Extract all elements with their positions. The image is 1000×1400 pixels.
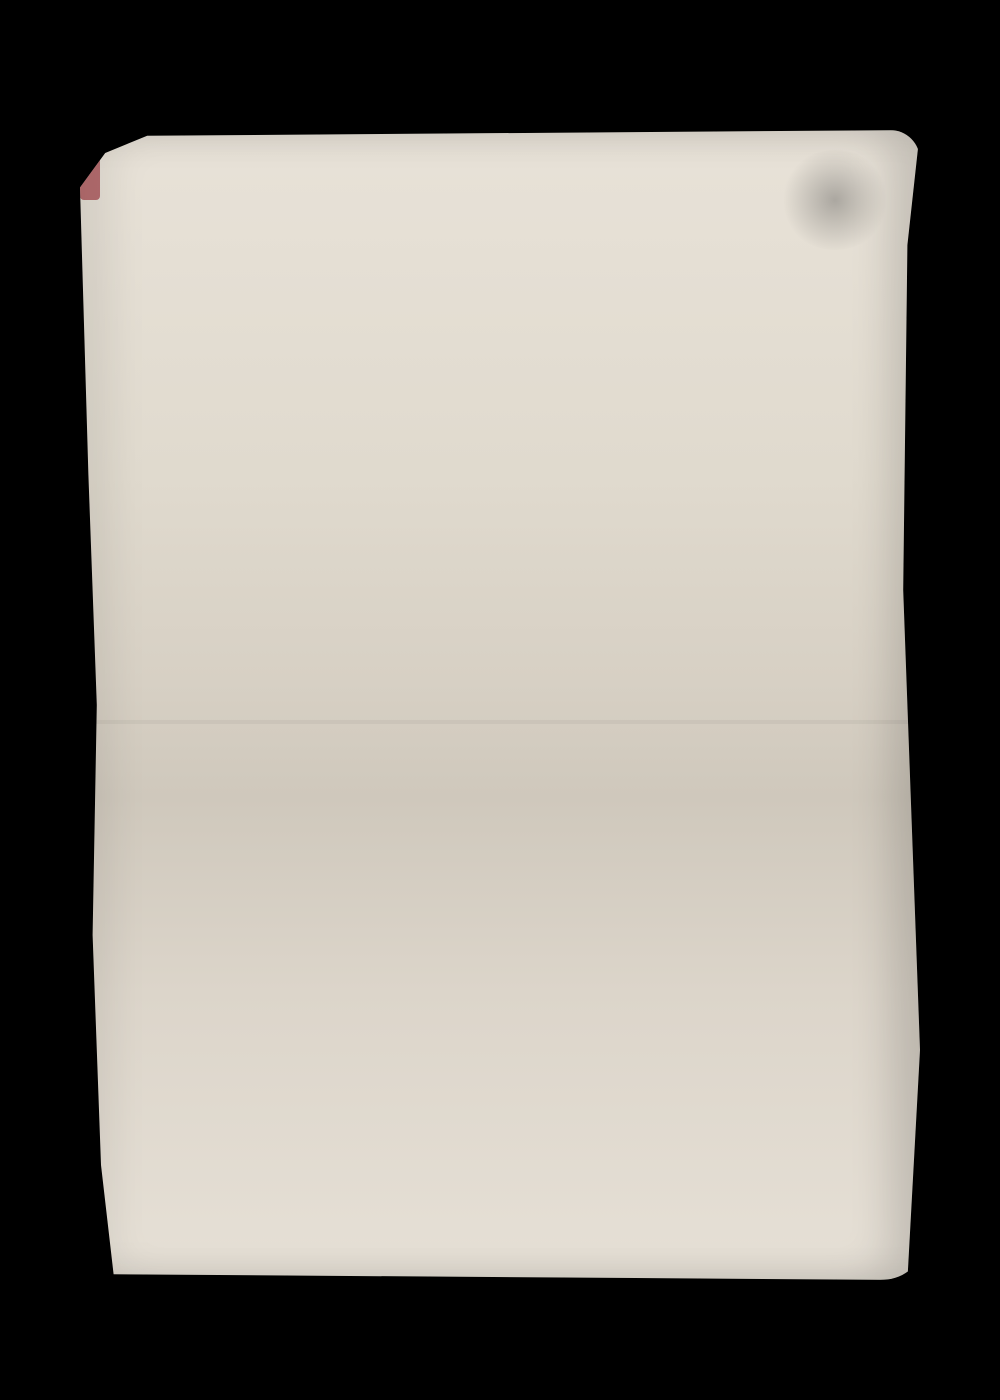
- ink-smudge: [780, 150, 890, 250]
- fold-line: [80, 720, 920, 724]
- paper-sheet: [80, 130, 920, 1280]
- red-mark: [80, 150, 100, 200]
